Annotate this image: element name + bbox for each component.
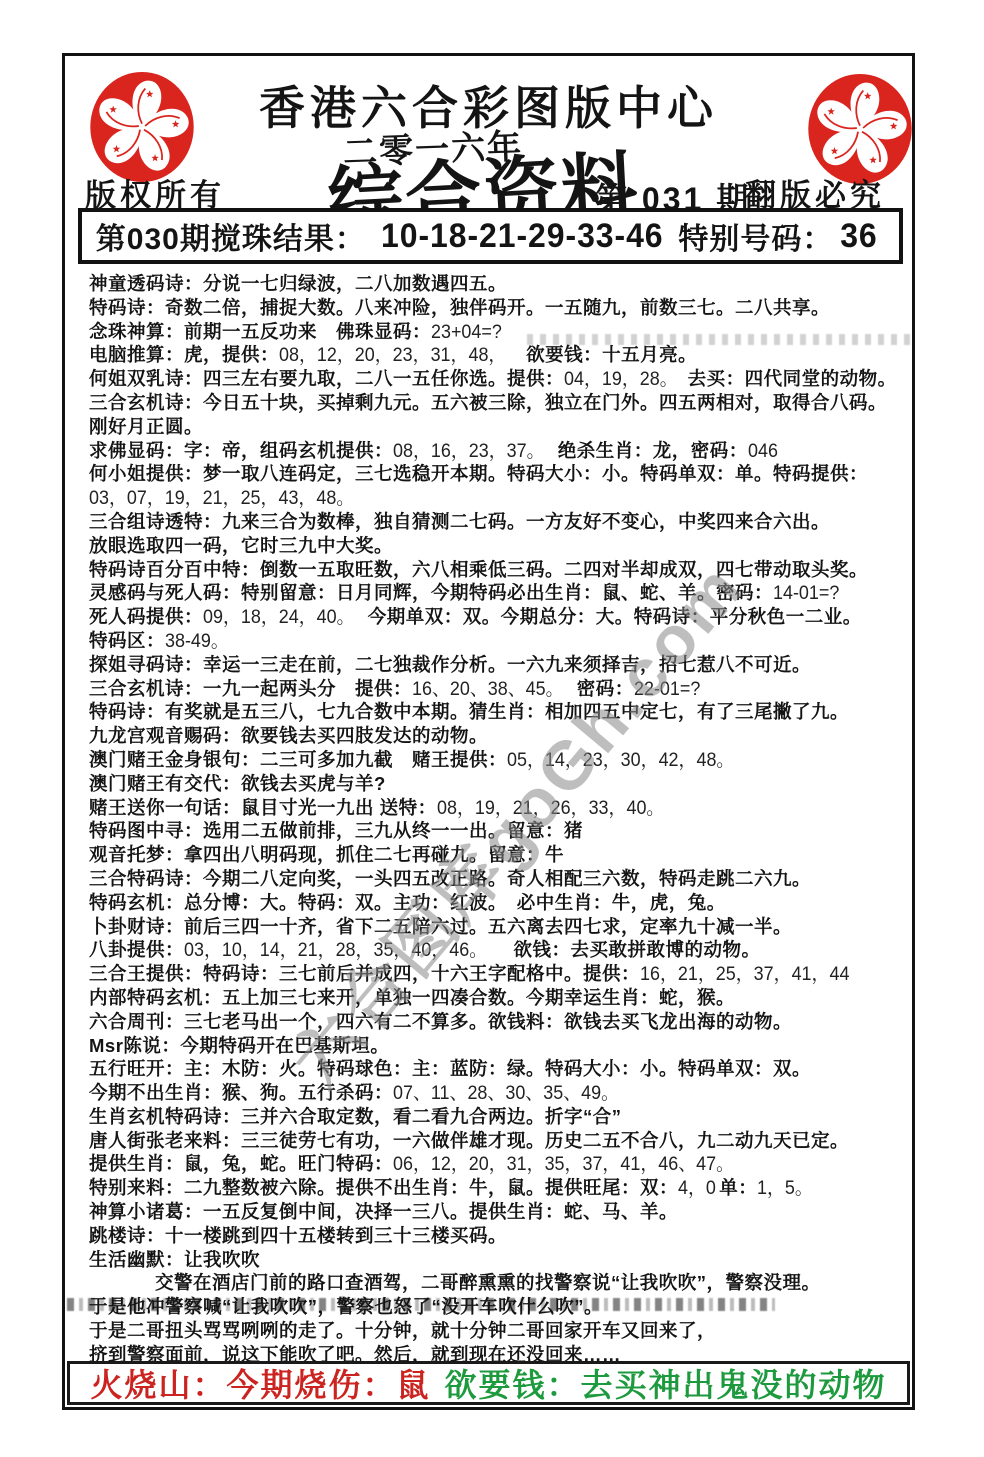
body-line: 卜卦财诗：前后三四一十齐，省下二五陪六过。五六离去四七求，定率九十减一半。 [89, 915, 901, 939]
body-line: 特码图中寻：选用二五做前排，三九从终一一出。留意：猪 [89, 819, 901, 843]
body-line: 三合玄机诗：今日五十块，买掉剩九元。五六被三除，独立在门外。四五两相对，取得合八… [89, 391, 901, 415]
body-line: 三合特码诗：今期二八定向奖，一头四五改正路。奇人相配三六数，特码走跳二六九。 [89, 867, 901, 891]
body-line: 赌王送你一句话：鼠目寸光一九出 送特：08，19，21，26，33，40。 [89, 796, 901, 820]
body-line: 刚好月正圆。 [89, 415, 901, 439]
body-line: 六合周刊：三七老马出一个，四六有二不算多。欲钱料：欲钱去买飞龙出海的动物。 [89, 1010, 901, 1034]
body-line: 特别来料：二九整数被六除。提供不出生肖：牛，鼠。提供旺尾：双：4，0单：1，5。 [89, 1176, 901, 1200]
body-line: 于是他冲警察喊“让我吹吹”，警察也怒了“没开车吹什么吹”。 [89, 1295, 901, 1319]
body-line: 生肖玄机特码诗：三并六合取定数，看二看九合两边。折字“合” [89, 1105, 901, 1129]
body-line: 观音托梦：拿四出八明码现，抓住二七再碰九。留意：牛 [89, 843, 901, 867]
body-line: Msr陈说：今期特码开在巴基斯坦。 [89, 1034, 901, 1058]
body-line: 三合组诗透特：九来三合为数棒，独自猜测二七码。一方友好不变心，中奖四来合六出。 [89, 510, 901, 534]
body-line: 唐人街张老来料：三三徒劳七有功，一六做伴雄才现。历史二五不合八，九二动九天已定。 [89, 1129, 901, 1153]
body-line: 念珠神算：前期一五反功来 佛珠显码：23+04=? [89, 320, 901, 344]
body-line: 神童透码诗：分说一七归绿波，二八加数遇四五。 [89, 272, 901, 296]
body-line: 灵感码与死人码：特别留意：日月同辉，今期特码必出生肖：鼠、蛇、羊。密码：14-0… [89, 581, 901, 605]
result-prefix: 第030期搅珠结果： [96, 214, 366, 258]
footer-green-tip: 欲要钱：去买神出鬼没的动物 [445, 1360, 887, 1406]
body-line: 澳门赌王有交代：欲钱去买虎与羊? [89, 772, 901, 796]
body-line: 探姐寻码诗：幸运一三走在前，二七独裁作分析。一六九来须择吉，招七惹八不可近。 [89, 653, 901, 677]
body-line: 澳门赌王金身银句：二三可多加九截 赌王提供：05，14，23，30，42，48。 [89, 748, 901, 772]
body-line: 何姐双乳诗：四三左右要九取，二八一五任你选。提供：04，19，28。去买：四代同… [89, 367, 901, 391]
footer-red-tip: 火烧山：今期烧伤：鼠 [90, 1360, 430, 1406]
body-line: 特码玄机：总分博：大。特码：双。主功：红波。 必中生肖：牛，虎，兔。 [89, 891, 901, 915]
body-line: 生活幽默：让我吹吹 [89, 1248, 901, 1272]
body-lines: 神童透码诗：分说一七归绿波，二八加数遇四五。特码诗：奇数二倍，捕捉大数。八来冲险… [89, 272, 901, 1367]
body-line: 跳楼诗：十一楼跳到四十五楼转到三十三楼买码。 [89, 1224, 901, 1248]
body-line: 于是二哥扭头骂骂咧咧的走了。十分钟，就十分钟二哥回家开车又回来了， [89, 1319, 901, 1343]
body-line: 九龙宫观音赐码：欲要钱去买四肢发达的动物。 [89, 724, 901, 748]
body-line: 放眼选取四一码，它时三九中大奖。 [89, 534, 901, 558]
footer-tip-strip: 火烧山：今期烧伤：鼠 欲要钱：去买神出鬼没的动物 [67, 1361, 910, 1405]
body-line: 特码区：38-49。 [89, 629, 901, 653]
body-line: 今期不出生肖：猴、狗。五行杀码：07、11、28、30、35、49。 [89, 1081, 901, 1105]
special-number-value: 36 [841, 217, 878, 256]
body-line: 交警在酒店门前的路口查酒驾，二哥醉熏熏的找警察说“让我吹吹”，警察没理。 [89, 1271, 901, 1295]
body-line: 求佛显码：字：帝，组码玄机提供：08，16，23，37。绝杀生肖：龙，密码：04… [89, 439, 901, 463]
body-line: 三合玄机诗：一九一起两头分 提供：16、20、38、45。密码：22-01=? [89, 677, 901, 701]
body-line: 特码诗百分百中特：倒数一五取旺数，六八相乘低三码。二四对半却成双，四七带动取头奖… [89, 558, 901, 582]
body-line: 提供生肖：鼠，兔，蛇。旺门特码：06，12，20，31，35，37，41，46、… [89, 1152, 901, 1176]
body-line: 何小姐提供：梦一取八连码定，三七选稳开本期。特码大小：小。特码单双：单。特码提供… [89, 462, 901, 486]
result-numbers: 10-18-21-29-33-46 [381, 217, 663, 256]
previous-draw-result-box: 第030期搅珠结果： 10-18-21-29-33-46 特别号码： 36 [78, 208, 903, 264]
body-line: 03，07，19，21，25，43，48。 [89, 486, 901, 510]
body-line: 内部特码玄机：五上加三七来开，单独一四凑合数。今期幸运生肖：蛇，猴。 [89, 986, 901, 1010]
body-line: 死人码提供：09，18，24，40。今期单双：双。今期总分：大。特码诗：平分秋色… [89, 605, 901, 629]
body-line: 五行旺开：主：木防：火。特码球色：主：蓝防：绿。特码大小：小。特码单双：双。 [89, 1057, 901, 1081]
special-number-label: 特别号码： [678, 214, 833, 258]
body-line: 三合王提供：特码诗：三七前后并成四，十六王字配格中。提供：16，21，25，37… [89, 962, 901, 986]
body-line: 特码诗：有奖就是五三八，七九合数中本期。猜生肖：相加四五中定七，有了三尾撇了九。 [89, 700, 901, 724]
body-line: 特码诗：奇数二倍，捕捉大数。八来冲险，独伴码开。一五随九，前数三七。二八共享。 [89, 296, 901, 320]
body-line: 神算小诸葛：一五反复倒中间，决择一三八。提供生肖：蛇、马、羊。 [89, 1200, 901, 1224]
page-frame: 香港六合彩图版中心 二零一六年 综合资料 第 031 期 版权所有 翻版必究 第… [62, 53, 915, 1410]
lottery-tipsheet-page: { "header": { "title": "香港六合彩图版中心", "yea… [0, 0, 984, 1457]
body-line: 八卦提供：03，10，14，21，28，35，40，46。欲钱：去买敢拼敢博的动… [89, 938, 901, 962]
body-line: 电脑推算：虎，提供：08，12，20，23，31，48，欲要钱：十五月亮。 [89, 343, 901, 367]
